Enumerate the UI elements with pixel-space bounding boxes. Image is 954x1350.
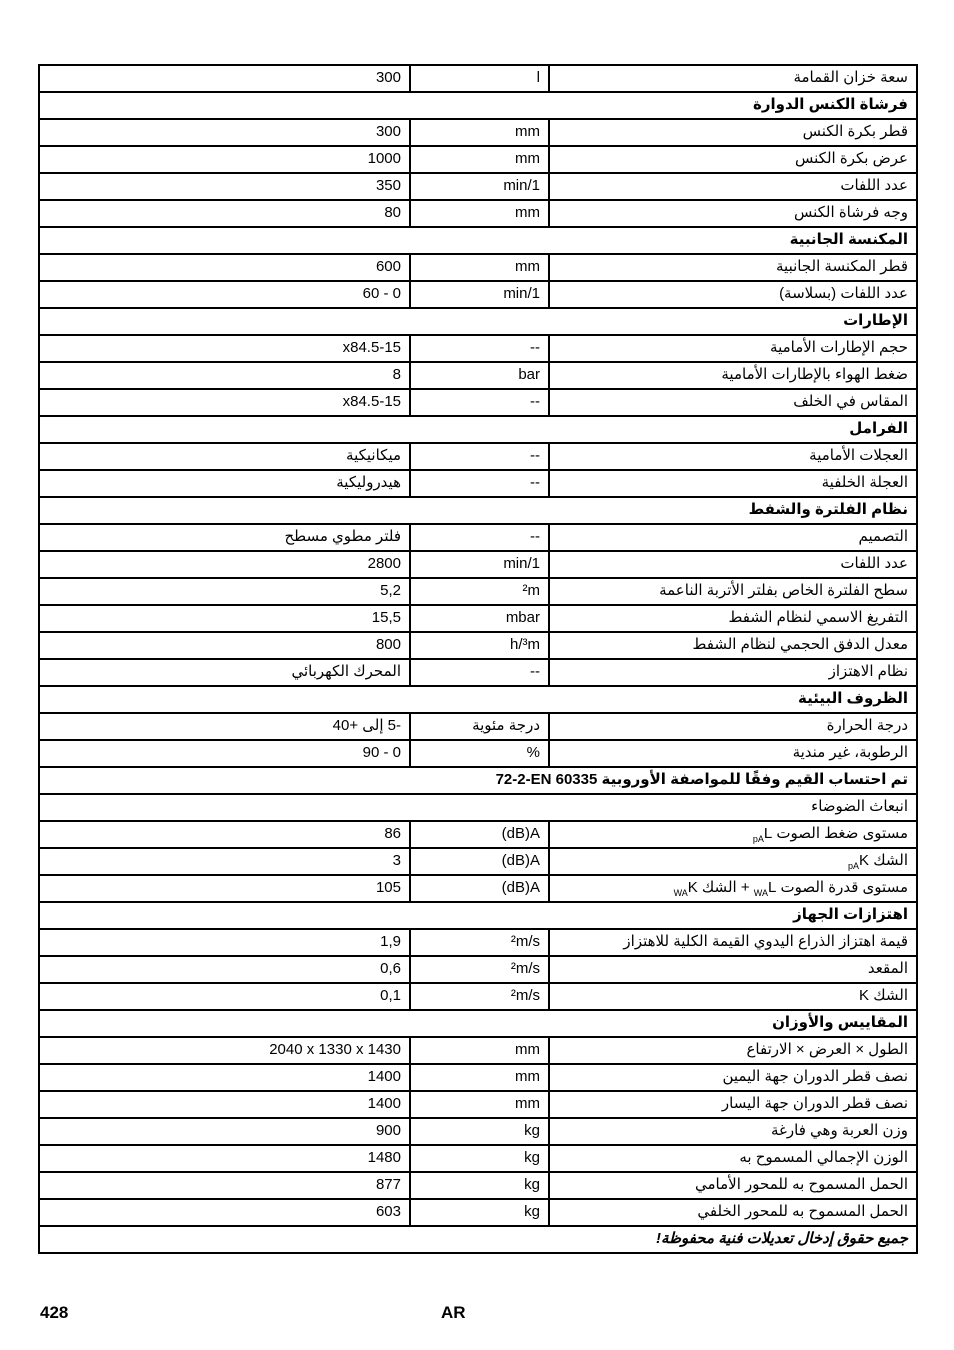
value-cell: 900 [39,1118,410,1145]
spec-row: الوزن الإجمالي المسموح بهkg1480 [39,1145,917,1172]
unit-cell: -- [410,470,549,497]
section-row: نظام الفلترة والشفط [39,497,917,524]
unit-cell: -- [410,443,549,470]
value-cell: -5 إلى +40 [39,713,410,740]
value-cell: 86 [39,821,410,848]
value-cell: 2040 x 1330 x 1430 [39,1037,410,1064]
section-cell: نظام الفلترة والشفط [39,497,917,524]
unit-cell: -- [410,389,549,416]
label-cell: الشك K [549,983,917,1010]
label-cell: عدد اللفات (بسلاسة) [549,281,917,308]
value-cell: 300 [39,119,410,146]
label-cell: التصميم [549,524,917,551]
unit-cell: (dB)A [410,821,549,848]
spec-row: الشك KpA(dB)A3 [39,848,917,875]
spec-row: التصميم--فلتر مطوي مسطح [39,524,917,551]
label-cell: ضغط الهواء بالإطارات الأمامية [549,362,917,389]
spec-row: نصف قطر الدوران جهة اليمينmm1400 [39,1064,917,1091]
section-cell: فرشاة الكنس الدوارة [39,92,917,119]
spec-row: سطح الفلترة الخاص بفلتر الأتربة الناعمة²… [39,578,917,605]
value-cell: 603 [39,1199,410,1226]
section-cell: المقاييس والأوزان [39,1010,917,1037]
unit-cell: mm [410,146,549,173]
section-cell: الإطارات [39,308,917,335]
label-cell: العجلات الأمامية [549,443,917,470]
value-cell: x84.5-15 [39,335,410,362]
spec-row: وجه فرشاة الكنسmm80 [39,200,917,227]
unit-cell: kg [410,1199,549,1226]
label-cell: معدل الدفق الحجمي لنظام الشفط [549,632,917,659]
label-cell: درجة الحرارة [549,713,917,740]
section-row: الفرامل [39,416,917,443]
value-cell: 80 [39,200,410,227]
spec-row: الحمل المسموح به للمحور الخلفيkg603 [39,1199,917,1226]
label-cell: الوزن الإجمالي المسموح به [549,1145,917,1172]
unit-cell: ²m/s [410,983,549,1010]
spec-row: عدد اللفاتmin/1350 [39,173,917,200]
label-cell: وزن العربة وهي فارغة [549,1118,917,1145]
value-cell: 15,5 [39,605,410,632]
unit-cell: -- [410,335,549,362]
note-row: جميع حقوق إدخال تعديلات فنية محفوظة! [39,1226,917,1253]
section-cell: المكنسة الجانبية [39,227,917,254]
spec-row: معدل الدفق الحجمي لنظام الشفطh/³m800 [39,632,917,659]
section-cell: تم احتساب القيم وفقًا للمواصفة الأوروبية… [39,767,917,794]
section-cell: اهتزازات الجهاز [39,902,917,929]
spec-row: العجلات الأمامية--ميكانيكية [39,443,917,470]
value-cell: 3 [39,848,410,875]
page-number-label: 428 [40,1303,68,1323]
label-cell: عدد اللفات [549,173,917,200]
spec-row: وزن العربة وهي فارغةkg900 [39,1118,917,1145]
unit-cell: kg [410,1172,549,1199]
section-row: الإطارات [39,308,917,335]
spec-row: العجلة الخلفية--هيدروليكية [39,470,917,497]
spec-row: التفريغ الاسمي لنظام الشفطmbar15,5 [39,605,917,632]
plain-row: انبعاث الضوضاء [39,794,917,821]
value-cell: 0,6 [39,956,410,983]
section-row: الظروف البيئية [39,686,917,713]
value-cell: 90 - 0 [39,740,410,767]
label-cell: الطول × العرض × الارتفاع [549,1037,917,1064]
section-row: فرشاة الكنس الدوارة [39,92,917,119]
section-cell: الظروف البيئية [39,686,917,713]
label-cell: عدد اللفات [549,551,917,578]
spec-row: نظام الاهتزاز--المحرك الكهربائي [39,659,917,686]
spec-row: سعة خزان القمامةl300 [39,65,917,92]
plain-cell: انبعاث الضوضاء [39,794,917,821]
note-cell: جميع حقوق إدخال تعديلات فنية محفوظة! [39,1226,917,1253]
unit-cell: درجة مئوية [410,713,549,740]
value-cell: 1,9 [39,929,410,956]
unit-cell: mm [410,1064,549,1091]
spec-table-body: سعة خزان القمامةl300فرشاة الكنس الدوارةق… [39,65,917,1253]
spec-row: الشك K²m/s0,1 [39,983,917,1010]
spec-row: مستوى قدرة الصوت LWA + الشك KWA(dB)A105 [39,875,917,902]
spec-row: الحمل المسموح به للمحور الأماميkg877 [39,1172,917,1199]
spec-row: قطر بكرة الكنسmm300 [39,119,917,146]
label-cell: سعة خزان القمامة [549,65,917,92]
unit-cell: l [410,65,549,92]
label-cell: العجلة الخلفية [549,470,917,497]
unit-cell: bar [410,362,549,389]
unit-cell: kg [410,1145,549,1172]
unit-cell: (dB)A [410,848,549,875]
unit-cell: % [410,740,549,767]
value-cell: فلتر مطوي مسطح [39,524,410,551]
section-row: اهتزازات الجهاز [39,902,917,929]
section-row: تم احتساب القيم وفقًا للمواصفة الأوروبية… [39,767,917,794]
label-cell: المقاس في الخلف [549,389,917,416]
spec-row: قطر المكنسة الجانبيةmm600 [39,254,917,281]
label-cell: نظام الاهتزاز [549,659,917,686]
unit-cell: ²m [410,578,549,605]
label-cell: قطر بكرة الكنس [549,119,917,146]
unit-cell: mm [410,1091,549,1118]
section-cell: الفرامل [39,416,917,443]
page: سعة خزان القمامةl300فرشاة الكنس الدوارةق… [0,0,954,1350]
unit-cell: mm [410,1037,549,1064]
label-cell: مستوى قدرة الصوت LWA + الشك KWA [549,875,917,902]
value-cell: هيدروليكية [39,470,410,497]
unit-cell: min/1 [410,281,549,308]
value-cell: 105 [39,875,410,902]
unit-cell: ²m/s [410,956,549,983]
value-cell: 1480 [39,1145,410,1172]
value-cell: 60 - 0 [39,281,410,308]
value-cell: 1400 [39,1091,410,1118]
label-cell: التفريغ الاسمي لنظام الشفط [549,605,917,632]
value-cell: x84.5-15 [39,389,410,416]
unit-cell: mm [410,254,549,281]
label-cell: نصف قطر الدوران جهة اليمين [549,1064,917,1091]
label-cell: المقعد [549,956,917,983]
spec-row: درجة الحرارةدرجة مئوية-5 إلى +40 [39,713,917,740]
unit-cell: min/1 [410,173,549,200]
spec-row: قيمة اهتزاز الذراع اليدوي القيمة الكلية … [39,929,917,956]
value-cell: 350 [39,173,410,200]
label-cell: مستوى ضغط الصوت LpA [549,821,917,848]
value-cell: 8 [39,362,410,389]
spec-row: مستوى ضغط الصوت LpA(dB)A86 [39,821,917,848]
label-cell: قيمة اهتزاز الذراع اليدوي القيمة الكلية … [549,929,917,956]
unit-cell: mbar [410,605,549,632]
value-cell: 5,2 [39,578,410,605]
section-row: المكنسة الجانبية [39,227,917,254]
label-cell: الرطوبة، غير مندية [549,740,917,767]
spec-row: حجم الإطارات الأمامية--x84.5-15 [39,335,917,362]
label-cell: سطح الفلترة الخاص بفلتر الأتربة الناعمة [549,578,917,605]
value-cell: 877 [39,1172,410,1199]
unit-cell: (dB)A [410,875,549,902]
language-code-label: AR [441,1303,466,1323]
spec-row: المقعد²m/s0,6 [39,956,917,983]
spec-row: عرض بكرة الكنسmm1000 [39,146,917,173]
label-cell: نصف قطر الدوران جهة اليسار [549,1091,917,1118]
spec-row: ضغط الهواء بالإطارات الأماميةbar8 [39,362,917,389]
value-cell: 1400 [39,1064,410,1091]
unit-cell: mm [410,200,549,227]
value-cell: 300 [39,65,410,92]
value-cell: 0,1 [39,983,410,1010]
spec-row: المقاس في الخلف--x84.5-15 [39,389,917,416]
unit-cell: -- [410,524,549,551]
label-cell: عرض بكرة الكنس [549,146,917,173]
spec-row: الطول × العرض × الارتفاعmm2040 x 1330 x … [39,1037,917,1064]
label-cell: قطر المكنسة الجانبية [549,254,917,281]
value-cell: 2800 [39,551,410,578]
value-cell: 800 [39,632,410,659]
value-cell: 1000 [39,146,410,173]
specifications-table: سعة خزان القمامةl300فرشاة الكنس الدوارةق… [38,64,918,1254]
unit-cell: kg [410,1118,549,1145]
spec-row: الرطوبة، غير مندية%90 - 0 [39,740,917,767]
spec-row: عدد اللفات (بسلاسة)min/160 - 0 [39,281,917,308]
value-cell: 600 [39,254,410,281]
spec-row: نصف قطر الدوران جهة اليسارmm1400 [39,1091,917,1118]
label-cell: حجم الإطارات الأمامية [549,335,917,362]
label-cell: الشك KpA [549,848,917,875]
section-row: المقاييس والأوزان [39,1010,917,1037]
unit-cell: mm [410,119,549,146]
value-cell: ميكانيكية [39,443,410,470]
unit-cell: h/³m [410,632,549,659]
unit-cell: ²m/s [410,929,549,956]
spec-row: عدد اللفاتmin/12800 [39,551,917,578]
value-cell: المحرك الكهربائي [39,659,410,686]
unit-cell: -- [410,659,549,686]
label-cell: الحمل المسموح به للمحور الأمامي [549,1172,917,1199]
label-cell: وجه فرشاة الكنس [549,200,917,227]
unit-cell: min/1 [410,551,549,578]
label-cell: الحمل المسموح به للمحور الخلفي [549,1199,917,1226]
